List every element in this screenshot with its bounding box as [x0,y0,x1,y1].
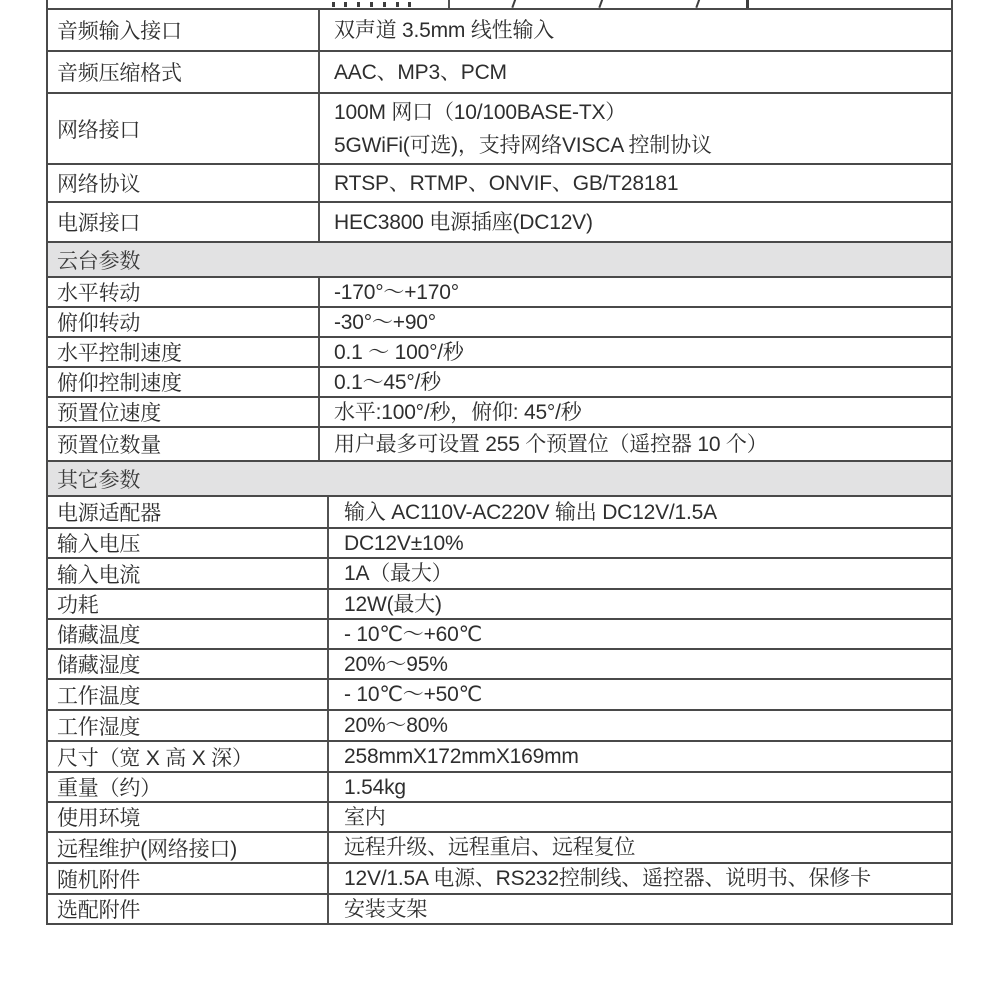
spec-value-cell: 0.1～45°/秒 [320,368,951,396]
spec-value: 12W(最大) [344,594,951,615]
spec-value: -30°～+90° [334,312,951,333]
spec-value: 用户最多可设置 255 个预置位（遥控器 10 个） [334,434,951,455]
spec-value: 水平:100°/秒，俯仰: 45°/秒 [334,402,951,423]
spec-label: 重量（约） [57,772,161,802]
spec-row: 使用环境室内 [48,803,951,833]
spec-row: 俯仰转动-30°～+90° [48,308,951,338]
spec-value: 0.1～45°/秒 [334,372,951,393]
spec-label-cell: 网络接口 [48,94,320,163]
spec-value-cell: 20%～80% [329,711,951,740]
spec-row: 选配附件安装支架 [48,895,951,925]
spec-label: 储藏温度 [57,619,140,649]
spec-value-cell: 100M 网口（10/100BASE-TX）5GWiFi(可选)，支持网络VIS… [320,94,951,163]
spec-label: 功耗 [57,589,99,619]
section-header-label: 云台参数 [57,245,140,275]
spec-value-cell: 0.1 ～ 100°/秒 [320,338,951,366]
spec-value: - 10℃～+60℃ [344,624,951,645]
clipped-bar-mark [746,0,749,8]
clipped-slash-mark [511,0,516,8]
clipped-text-mark [332,2,335,7]
spec-value-cell: RTSP、RTMP、ONVIF、GB/T28181 [320,165,951,201]
spec-value: HEC3800 电源插座(DC12V) [334,212,951,233]
spec-value: 远程升级、远程重启、远程复位 [344,837,951,858]
spec-value: 100M 网口（10/100BASE-TX） [334,96,951,129]
spec-value-cell: 12V/1.5A 电源、RS232控制线、遥控器、说明书、保修卡 [329,864,951,893]
spec-value: AAC、MP3、PCM [334,62,951,83]
spec-row: 功耗12W(最大) [48,590,951,620]
spec-value-cell: AAC、MP3、PCM [320,52,951,92]
spec-value: 20%～95% [344,654,951,675]
spec-label: 音频压缩格式 [57,57,182,87]
spec-value: 258mmX172mmX169mm [344,746,951,767]
spec-row: 水平控制速度0.1 ～ 100°/秒 [48,338,951,368]
spec-label-cell: 随机附件 [48,864,329,893]
spec-label-cell: 电源适配器 [48,497,329,527]
spec-label-cell: 尺寸（宽 X 高 X 深） [48,742,329,771]
spec-label: 工作湿度 [57,711,140,741]
spec-label: 网络协议 [57,168,140,198]
spec-value: 输入 AC110V-AC220V 输出 DC12V/1.5A [344,502,951,523]
spec-row: 储藏湿度20%～95% [48,650,951,680]
clipped-slash-mark [695,0,700,8]
spec-label: 电源适配器 [57,497,161,527]
spec-label-cell: 远程维护(网络接口) [48,833,329,862]
spec-value-cell: DC12V±10% [329,529,951,557]
spec-label: 俯仰转动 [57,307,140,337]
spec-row: 输入电流1A（最大） [48,559,951,590]
spec-value: 双声道 3.5mm 线性输入 [334,20,951,41]
spec-value: 0.1 ～ 100°/秒 [334,342,951,363]
spec-label-cell: 水平控制速度 [48,338,320,366]
spec-value-cell: HEC3800 电源插座(DC12V) [320,203,951,241]
spec-label-cell: 输入电流 [48,559,329,588]
spec-label: 尺寸（宽 X 高 X 深） [57,742,253,772]
section-header: 其它参数 [48,462,951,497]
spec-label-cell: 储藏温度 [48,620,329,648]
spec-row: 重量（约）1.54kg [48,773,951,803]
clipped-text-mark [408,2,411,7]
spec-label: 选配附件 [57,894,140,924]
spec-value-cell: -30°～+90° [320,308,951,336]
spec-value-cell: 1.54kg [329,773,951,801]
spec-label-cell: 选配附件 [48,895,329,923]
spec-label: 音频输入接口 [57,15,182,45]
spec-value: - 10℃～+50℃ [344,684,951,705]
clipped-text-mark [344,2,347,7]
spec-row: 随机附件12V/1.5A 电源、RS232控制线、遥控器、说明书、保修卡 [48,864,951,895]
section-header-label: 其它参数 [57,464,140,494]
spec-label: 水平控制速度 [57,337,182,367]
spec-label-cell: 使用环境 [48,803,329,831]
spec-value-cell: 12W(最大) [329,590,951,618]
spec-label: 水平转动 [57,277,140,307]
spec-label-cell: 输入电压 [48,529,329,557]
spec-label-cell: 水平转动 [48,278,320,306]
spec-row: 音频输入接口双声道 3.5mm 线性输入 [48,10,951,52]
spec-label-cell: 工作湿度 [48,711,329,740]
spec-value-cell: 远程升级、远程重启、远程复位 [329,833,951,862]
spec-row: 俯仰控制速度0.1～45°/秒 [48,368,951,398]
spec-label-cell: 音频输入接口 [48,10,320,50]
spec-label-cell: 俯仰控制速度 [48,368,320,396]
spec-label: 预置位数量 [57,429,161,459]
spec-value-cell: 输入 AC110V-AC220V 输出 DC12V/1.5A [329,497,951,527]
clipped-row-fragment [48,0,951,10]
spec-row: 工作温度- 10℃～+50℃ [48,680,951,711]
spec-value-cell: - 10℃～+50℃ [329,680,951,709]
spec-label: 电源接口 [57,207,140,237]
spec-value-cell: - 10℃～+60℃ [329,620,951,648]
spec-label: 输入电压 [57,528,140,558]
spec-label: 网络接口 [57,114,140,144]
spec-value-line2: 5GWiFi(可选)，支持网络VISCA 控制协议 [334,129,951,162]
spec-value: -170°～+170° [334,282,951,303]
spec-label-cell: 工作温度 [48,680,329,709]
spec-label-cell: 电源接口 [48,203,320,241]
spec-row: 预置位速度水平:100°/秒，俯仰: 45°/秒 [48,398,951,428]
page-canvas: 音频输入接口双声道 3.5mm 线性输入音频压缩格式AAC、MP3、PCM网络接… [0,0,990,997]
clipped-text-mark [383,2,386,7]
spec-label: 储藏湿度 [57,649,140,679]
spec-row: 音频压缩格式AAC、MP3、PCM [48,52,951,94]
spec-label: 远程维护(网络接口) [57,833,237,863]
spec-value: 12V/1.5A 电源、RS232控制线、遥控器、说明书、保修卡 [344,868,951,889]
spec-value: 安装支架 [344,899,951,920]
spec-row: 输入电压DC12V±10% [48,529,951,559]
spec-value-cell: 20%～95% [329,650,951,678]
spec-row: 网络协议RTSP、RTMP、ONVIF、GB/T28181 [48,165,951,203]
spec-value: 20%～80% [344,715,951,736]
spec-label: 随机附件 [57,864,140,894]
spec-label: 输入电流 [57,559,140,589]
spec-row: 工作湿度20%～80% [48,711,951,742]
spec-label-cell: 储藏湿度 [48,650,329,678]
clipped-text-mark [357,2,360,7]
spec-row: 储藏温度- 10℃～+60℃ [48,620,951,650]
spec-value: 室内 [344,807,951,828]
spec-value: 1.54kg [344,777,951,798]
spec-label-cell: 预置位数量 [48,428,320,460]
spec-value-cell: 258mmX172mmX169mm [329,742,951,771]
spec-label: 使用环境 [57,802,140,832]
spec-label: 俯仰控制速度 [57,367,182,397]
spec-row: 网络接口100M 网口（10/100BASE-TX）5GWiFi(可选)，支持网… [48,94,951,165]
spec-label-cell: 功耗 [48,590,329,618]
spec-value-cell: 安装支架 [329,895,951,923]
spec-label: 工作温度 [57,680,140,710]
spec-row: 尺寸（宽 X 高 X 深）258mmX172mmX169mm [48,742,951,773]
section-header: 云台参数 [48,243,951,278]
spec-label-cell: 网络协议 [48,165,320,201]
spec-label-cell: 音频压缩格式 [48,52,320,92]
spec-value-cell: 室内 [329,803,951,831]
spec-value-cell: 双声道 3.5mm 线性输入 [320,10,951,50]
spec-row: 远程维护(网络接口)远程升级、远程重启、远程复位 [48,833,951,864]
spec-value-cell: 水平:100°/秒，俯仰: 45°/秒 [320,398,951,426]
spec-row: 预置位数量用户最多可设置 255 个预置位（遥控器 10 个） [48,428,951,462]
spec-table: 音频输入接口双声道 3.5mm 线性输入音频压缩格式AAC、MP3、PCM网络接… [46,0,953,925]
spec-label-cell: 预置位速度 [48,398,320,426]
spec-label-cell: 重量（约） [48,773,329,801]
clipped-slash-mark [598,0,603,8]
clipped-text-mark [370,2,373,7]
spec-value: 1A（最大） [344,563,951,584]
clipped-column-divider [448,0,450,8]
clipped-text-mark [396,2,399,7]
spec-value-cell: 用户最多可设置 255 个预置位（遥控器 10 个） [320,428,951,460]
spec-row: 水平转动-170°～+170° [48,278,951,308]
spec-row: 电源接口HEC3800 电源插座(DC12V) [48,203,951,243]
spec-value: DC12V±10% [344,533,951,554]
spec-label: 预置位速度 [57,397,161,427]
spec-label-cell: 俯仰转动 [48,308,320,336]
spec-value-cell: 1A（最大） [329,559,951,588]
spec-row: 电源适配器输入 AC110V-AC220V 输出 DC12V/1.5A [48,497,951,529]
spec-value-cell: -170°～+170° [320,278,951,306]
spec-value: RTSP、RTMP、ONVIF、GB/T28181 [334,173,951,194]
